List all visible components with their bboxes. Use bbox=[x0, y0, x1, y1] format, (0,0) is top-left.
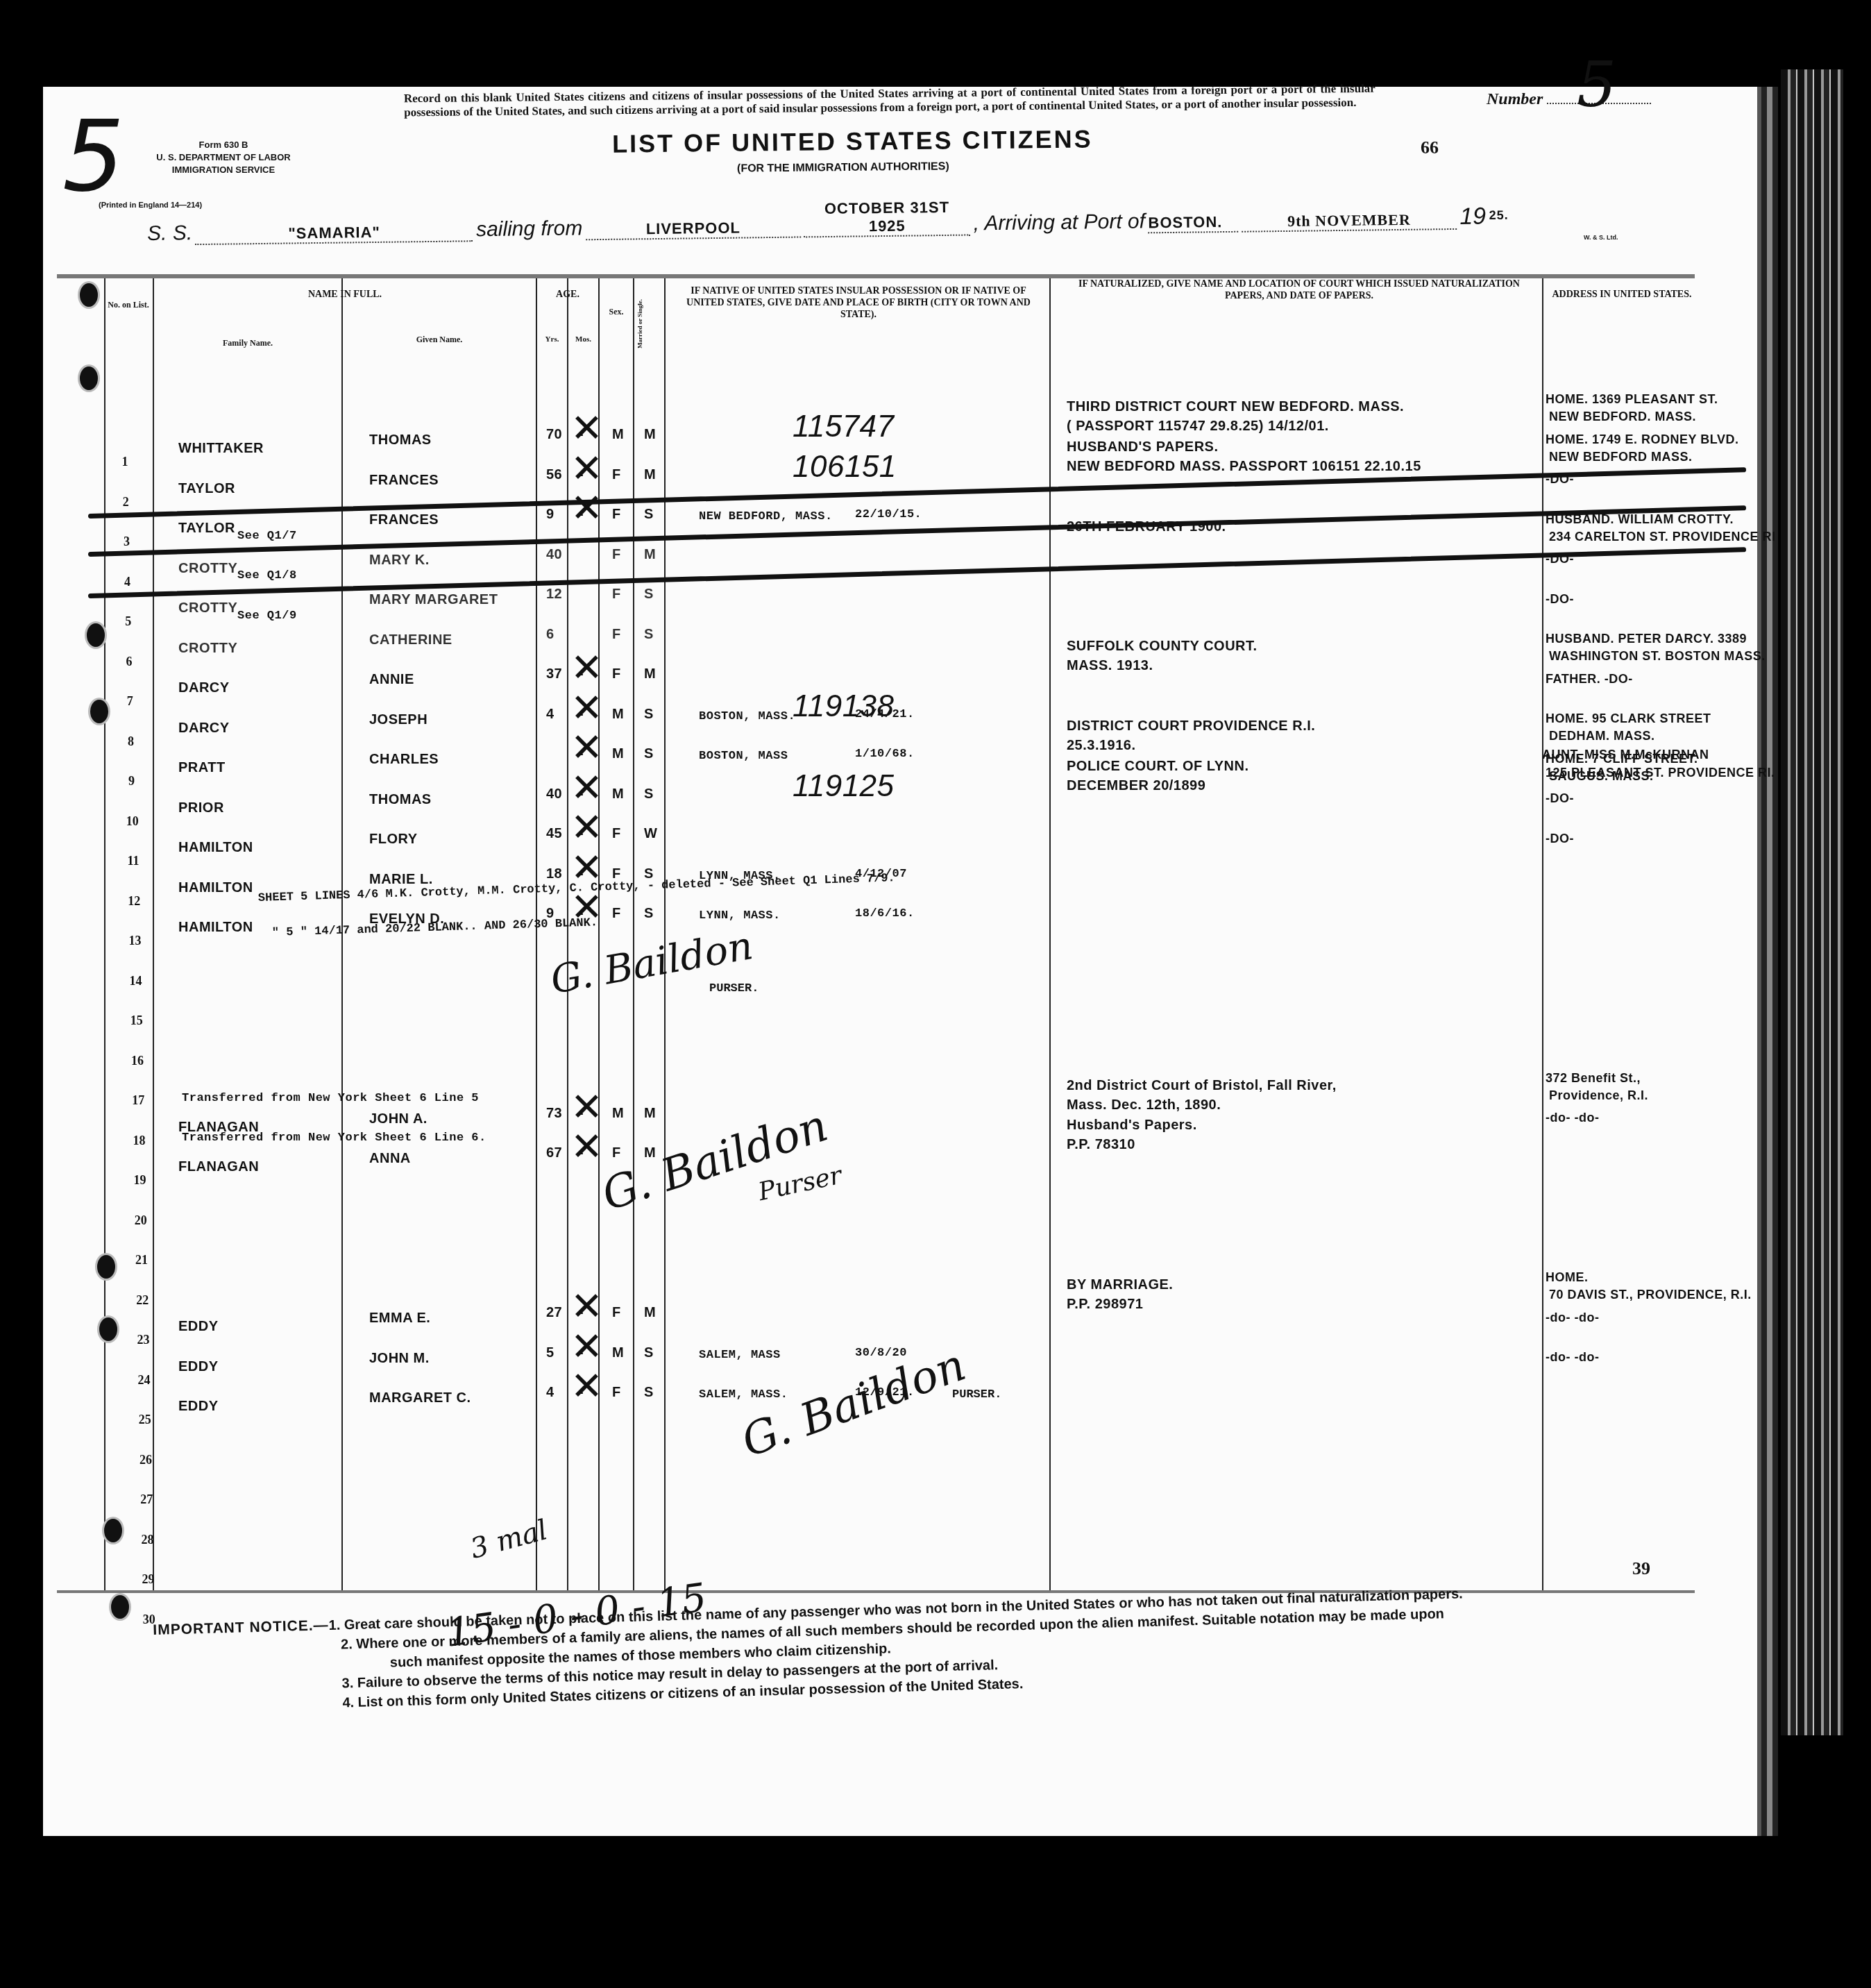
col-mos: Mos. bbox=[568, 334, 598, 346]
see-reference: See Q1/9 bbox=[237, 609, 297, 623]
age-years: 5 bbox=[546, 1345, 554, 1361]
family-name: EDDY bbox=[178, 1359, 219, 1375]
line-number: 7 bbox=[116, 694, 144, 709]
birth-date: 22/10/15. bbox=[855, 508, 922, 521]
age-years: 27 bbox=[546, 1305, 562, 1321]
sex: F bbox=[612, 467, 621, 483]
notice-label: IMPORTANT NOTICE.— bbox=[153, 1617, 329, 1638]
given-name: THOMAS bbox=[369, 792, 432, 808]
age-years: 67 bbox=[546, 1145, 562, 1161]
address-line-1: -DO- bbox=[1546, 791, 1574, 806]
sex: F bbox=[612, 1145, 621, 1161]
family-name: WHITTAKER bbox=[178, 441, 264, 457]
line-number: 16 bbox=[124, 1054, 151, 1068]
address-line-1: -DO- bbox=[1546, 832, 1574, 846]
marital-status: S bbox=[644, 786, 654, 802]
binding-hole bbox=[78, 364, 100, 392]
naturalization-details: Mass. Dec. 12th, 1890. bbox=[1067, 1097, 1221, 1113]
birth-place: SALEM, MASS. bbox=[699, 1388, 788, 1401]
address-line-2: Providence, R.I. bbox=[1549, 1088, 1648, 1103]
department: U. S. DEPARTMENT OF LABOR bbox=[119, 151, 328, 164]
family-name: TAYLOR bbox=[178, 481, 235, 497]
passport-handwritten: 115747 bbox=[793, 410, 895, 444]
binding-hole bbox=[95, 1253, 117, 1281]
sex: M bbox=[612, 786, 624, 802]
age-years: 73 bbox=[546, 1106, 562, 1122]
marital-status: S bbox=[644, 587, 654, 603]
sex: M bbox=[612, 1106, 624, 1122]
address-line-1: HUSBAND. PETER DARCY. 3389 bbox=[1546, 632, 1747, 646]
line-number: 26 bbox=[132, 1453, 160, 1467]
naturalization-details: P.P. 78310 bbox=[1067, 1137, 1135, 1153]
birth-place: NEW BEDFORD, MASS. bbox=[699, 510, 833, 523]
line-number: 6 bbox=[115, 655, 143, 669]
given-name: CATHERINE bbox=[369, 632, 452, 648]
stamp-number: 66 bbox=[1421, 137, 1439, 158]
line-number: 10 bbox=[119, 814, 146, 829]
binding-hole bbox=[109, 1593, 131, 1621]
sex: F bbox=[612, 1385, 621, 1401]
line-number: 19 bbox=[126, 1173, 154, 1188]
marital-status: M bbox=[644, 467, 656, 483]
age-years: 40 bbox=[546, 786, 562, 802]
address-line-1: 372 Benefit St., bbox=[1546, 1071, 1641, 1086]
naturalization-court: DISTRICT COURT PROVIDENCE R.I. bbox=[1067, 718, 1315, 734]
binding-hole bbox=[88, 698, 110, 725]
passport-handwritten: 119138 bbox=[793, 689, 895, 724]
printer-mark: W. & S. Ltd. bbox=[1584, 234, 1618, 241]
sex: F bbox=[612, 826, 621, 842]
col-naturalized: IF NATURALIZED, GIVE NAME AND LOCATION O… bbox=[1063, 278, 1535, 302]
col-age: AGE. bbox=[537, 289, 598, 301]
family-name: PRIOR bbox=[178, 800, 224, 816]
binding-hole bbox=[97, 1315, 119, 1343]
family-name: HAMILTON bbox=[178, 920, 253, 936]
line-number: 1 bbox=[111, 455, 139, 469]
naturalization-court: SUFFOLK COUNTY COURT. bbox=[1067, 639, 1258, 655]
line-number: 24 bbox=[130, 1373, 158, 1388]
naturalization-details: ( PASSPORT 115747 29.8.25) 14/12/01. bbox=[1067, 419, 1329, 435]
family-name: CROTTY bbox=[178, 561, 237, 577]
birth-place: BOSTON, MASS bbox=[699, 750, 788, 763]
sex: F bbox=[612, 587, 621, 603]
check-x-mark: ✕ bbox=[570, 729, 603, 768]
birth-date: 18/6/16. bbox=[855, 907, 915, 920]
family-name: CROTTY bbox=[178, 641, 237, 657]
year-prefix: 19 bbox=[1459, 203, 1486, 229]
address-line-2: SAUGUS. MASS. bbox=[1549, 769, 1654, 784]
birth-place: SALEM, MASS bbox=[699, 1349, 781, 1362]
record-instruction: Record on this blank United States citiz… bbox=[404, 82, 1375, 120]
family-name: FLANAGAN bbox=[178, 1159, 259, 1175]
address-line-2: DEDHAM. MASS. bbox=[1549, 729, 1655, 743]
naturalization-court: BY MARRIAGE. bbox=[1067, 1277, 1173, 1293]
check-x-mark: ✕ bbox=[570, 410, 603, 448]
age-years: 37 bbox=[546, 666, 562, 682]
birth-place: BOSTON, MASS. bbox=[699, 710, 795, 723]
sex: F bbox=[612, 547, 621, 563]
address-line-2: NEW BEDFORD. MASS. bbox=[1549, 410, 1696, 424]
address-line-1: HOME. 7 CLIFF STREET. bbox=[1546, 752, 1698, 766]
sex: F bbox=[612, 1305, 621, 1321]
given-name: MARY MARGARET bbox=[369, 592, 498, 608]
manifest-page: 5 Form 630 B U. S. DEPARTMENT OF LABOR I… bbox=[43, 87, 1761, 1836]
sex: F bbox=[612, 507, 621, 523]
col-address: ADDRESS IN UNITED STATES. bbox=[1549, 289, 1695, 301]
age-years: 4 bbox=[546, 1385, 554, 1401]
handwritten-sheet-number: 5 bbox=[62, 101, 124, 214]
family-name: EDDY bbox=[178, 1319, 219, 1335]
family-name: DARCY bbox=[178, 680, 230, 696]
port-arrival: BOSTON. bbox=[1148, 213, 1238, 234]
given-name: ANNA bbox=[369, 1151, 411, 1167]
check-x-mark: ✕ bbox=[570, 1088, 603, 1127]
transfer-note: Transferred from New York Sheet 6 Line 5 bbox=[182, 1092, 479, 1105]
port-from: LIVERPOOL bbox=[586, 218, 801, 240]
marital-status: M bbox=[644, 666, 656, 682]
address-line-2: 234 CARELTON ST. PROVIDENCE RI bbox=[1549, 530, 1775, 544]
birth-date: 1/10/68. bbox=[855, 748, 915, 761]
marital-status: S bbox=[644, 507, 654, 523]
naturalization-court: Husband's Papers. bbox=[1067, 1118, 1197, 1134]
col-name-in-full: NAME IN FULL. bbox=[154, 289, 536, 301]
page-number: 39 bbox=[1632, 1558, 1650, 1579]
address-line-1: -do- -do- bbox=[1546, 1350, 1599, 1365]
line-number: 2 bbox=[112, 495, 139, 509]
marital-status: M bbox=[644, 1106, 656, 1122]
address-line-1: HOME. 1749 E. RODNEY BLVD. bbox=[1546, 432, 1738, 447]
address-line-1: HOME. 95 CLARK STREET bbox=[1546, 711, 1711, 726]
age-years: 12 bbox=[546, 587, 562, 603]
age-years: 45 bbox=[546, 826, 562, 842]
binding-hole bbox=[85, 621, 107, 649]
family-name: PRATT bbox=[178, 760, 226, 776]
line-number: 12 bbox=[120, 894, 148, 909]
ship-name: "SAMARIA" bbox=[195, 222, 473, 245]
line-number: 18 bbox=[125, 1134, 153, 1148]
marital-status: M bbox=[644, 1305, 656, 1321]
binding-hole bbox=[78, 281, 100, 309]
given-name: FRANCES bbox=[369, 512, 439, 528]
given-name: JOSEPH bbox=[369, 712, 427, 728]
address-line-1: FATHER. -DO- bbox=[1546, 672, 1633, 686]
sex: F bbox=[612, 906, 621, 922]
address-line-1: HOME. 1369 PLEASANT ST. bbox=[1546, 392, 1718, 407]
family-name: CROTTY bbox=[178, 600, 237, 616]
line-number: 29 bbox=[135, 1572, 162, 1587]
check-x-mark: ✕ bbox=[570, 769, 603, 808]
birth-place: LYNN, MASS. bbox=[699, 909, 781, 923]
line-number: 15 bbox=[123, 1013, 151, 1028]
given-name: ANNIE bbox=[369, 672, 414, 688]
marital-status: S bbox=[644, 1385, 654, 1401]
line-number: 28 bbox=[133, 1533, 161, 1547]
address-line-1: HOME. bbox=[1546, 1270, 1589, 1285]
age-years: 9 bbox=[546, 507, 554, 523]
passport-handwritten: 106151 bbox=[793, 450, 897, 485]
line-number: 25 bbox=[131, 1413, 159, 1427]
naturalization-details: 25.3.1916. bbox=[1067, 738, 1136, 754]
number-label: Number bbox=[1487, 90, 1543, 108]
address-line-2: 70 DAVIS ST., PROVIDENCE, R.I. bbox=[1549, 1288, 1752, 1302]
family-name: HAMILTON bbox=[178, 880, 253, 896]
col-given-name: Given Name. bbox=[343, 334, 536, 346]
arriving-label: , Arriving at Port of bbox=[974, 210, 1146, 235]
family-name: TAYLOR bbox=[178, 521, 235, 537]
naturalization-details: DECEMBER 20/1899 bbox=[1067, 778, 1205, 794]
family-name: DARCY bbox=[178, 721, 230, 736]
arrival-day-month: 9th NOVEMBER bbox=[1242, 210, 1457, 233]
form-identifier: Form 630 B U. S. DEPARTMENT OF LABOR IMM… bbox=[119, 139, 328, 176]
departure-date: OCTOBER 31ST 1925 bbox=[804, 199, 971, 238]
sex: M bbox=[612, 746, 624, 762]
marital-status: S bbox=[644, 1345, 654, 1361]
given-name: JOHN A. bbox=[369, 1111, 427, 1127]
ss-label: S. S. bbox=[147, 221, 192, 245]
check-x-mark: ✕ bbox=[570, 649, 603, 688]
naturalization-court: HUSBAND'S PAPERS. bbox=[1067, 439, 1218, 455]
col-family-name: Family Name. bbox=[154, 337, 341, 349]
col-yrs: Yrs. bbox=[537, 334, 567, 346]
line-number: 11 bbox=[119, 854, 147, 868]
line-number: 9 bbox=[118, 774, 146, 789]
sex: M bbox=[612, 707, 624, 723]
naturalization-details: MASS. 1913. bbox=[1067, 658, 1153, 674]
check-x-mark: ✕ bbox=[570, 1288, 603, 1326]
page-subtitle: (FOR THE IMMIGRATION AUTHORITIES) bbox=[737, 160, 949, 175]
address-line-1: -do- -do- bbox=[1546, 1311, 1599, 1325]
naturalization-details: P.P. 298971 bbox=[1067, 1297, 1143, 1313]
address-line-2: NEW BEDFORD MASS. bbox=[1549, 450, 1693, 464]
line-number: 22 bbox=[128, 1293, 156, 1308]
see-reference: See Q1/8 bbox=[237, 569, 297, 582]
naturalization-court: 2nd District Court of Bristol, Fall Rive… bbox=[1067, 1078, 1337, 1094]
check-x-mark: ✕ bbox=[570, 1128, 603, 1167]
family-name: EDDY bbox=[178, 1399, 219, 1415]
age-years: 4 bbox=[546, 707, 554, 723]
line-number: 3 bbox=[112, 534, 140, 549]
given-name: FRANCES bbox=[369, 473, 439, 489]
given-name: MARY K. bbox=[369, 553, 430, 568]
year-suffix: 25. bbox=[1489, 208, 1508, 222]
col-sex: Sex. bbox=[600, 306, 633, 318]
sex: F bbox=[612, 666, 621, 682]
line-number: 23 bbox=[129, 1333, 157, 1347]
family-name: HAMILTON bbox=[178, 840, 253, 856]
see-reference: See Q1/7 bbox=[237, 530, 297, 543]
check-x-mark: ✕ bbox=[570, 809, 603, 848]
line-number: 14 bbox=[122, 974, 150, 988]
line-number: 27 bbox=[133, 1492, 160, 1507]
col-birth: IF NATIVE OF UNITED STATES INSULAR POSSE… bbox=[678, 285, 1039, 321]
sex: F bbox=[612, 866, 621, 882]
check-x-mark: ✕ bbox=[570, 1367, 603, 1406]
given-name: THOMAS bbox=[369, 432, 432, 448]
purser-label-3: PURSER. bbox=[952, 1388, 1001, 1401]
age-years: 56 bbox=[546, 467, 562, 483]
marital-status: S bbox=[644, 707, 654, 723]
given-name: JOHN M. bbox=[369, 1351, 430, 1367]
address-line-2: WASHINGTON ST. BOSTON MASS. bbox=[1549, 649, 1766, 664]
marital-status: M bbox=[644, 427, 656, 443]
marital-status: W bbox=[644, 826, 657, 842]
page-stack-edge bbox=[1781, 69, 1843, 1735]
sailing-from-label: sailing from bbox=[476, 217, 583, 241]
naturalization-court: THIRD DISTRICT COURT NEW BEDFORD. MASS. bbox=[1067, 399, 1404, 415]
address-line-1: -do- -do- bbox=[1546, 1111, 1599, 1125]
age-years: 70 bbox=[546, 427, 562, 443]
line-number: 4 bbox=[114, 575, 142, 589]
address-line-1: -DO- bbox=[1546, 592, 1574, 607]
line-number: 17 bbox=[124, 1093, 152, 1108]
birth-date: 30/8/20 bbox=[855, 1347, 907, 1360]
given-name: EMMA E. bbox=[369, 1311, 430, 1326]
age-years: 40 bbox=[546, 547, 562, 563]
check-x-mark: ✕ bbox=[570, 689, 603, 728]
given-name: MARGARET C. bbox=[369, 1390, 471, 1406]
check-x-mark: ✕ bbox=[570, 1328, 603, 1367]
sex: F bbox=[612, 627, 621, 643]
naturalization-court: POLICE COURT. OF LYNN. bbox=[1067, 759, 1249, 775]
check-x-mark: ✕ bbox=[570, 489, 603, 528]
line-number: 5 bbox=[115, 614, 142, 629]
naturalization-details: NEW BEDFORD MASS. PASSPORT 106151 22.10.… bbox=[1067, 459, 1421, 475]
age-years: 6 bbox=[546, 627, 554, 643]
purser-label: PURSER. bbox=[709, 982, 759, 995]
col-married-single: Married or Single. bbox=[634, 292, 664, 355]
given-name: MARIE L. bbox=[369, 872, 433, 888]
transfer-note: Transferred from New York Sheet 6 Line 6… bbox=[182, 1131, 486, 1145]
passport-handwritten: 119125 bbox=[793, 769, 895, 804]
marital-status: M bbox=[644, 547, 656, 563]
service: IMMIGRATION SERVICE bbox=[119, 164, 328, 176]
sex: M bbox=[612, 1345, 624, 1361]
col-no-on-list: No. on List. bbox=[105, 299, 151, 311]
number-value: 5 bbox=[1577, 49, 1616, 121]
page-title: LIST OF UNITED STATES CITIZENS bbox=[612, 124, 1093, 158]
check-x-mark: ✕ bbox=[570, 450, 603, 489]
form-number: Form 630 B bbox=[119, 139, 328, 151]
line-number: 8 bbox=[117, 734, 144, 749]
important-notice: IMPORTANT NOTICE.—1. Great care should b… bbox=[153, 1576, 1751, 1718]
voyage-line: S. S. "SAMARIA" sailing from LIVERPOOL O… bbox=[147, 189, 1744, 246]
sex: M bbox=[612, 427, 624, 443]
given-name: CHARLES bbox=[369, 752, 439, 768]
line-number: 13 bbox=[121, 934, 149, 948]
given-name: FLORY bbox=[369, 832, 418, 848]
binding-hole bbox=[102, 1517, 124, 1544]
marital-status: S bbox=[644, 906, 654, 922]
marital-status: S bbox=[644, 746, 654, 762]
marital-status: S bbox=[644, 627, 654, 643]
line-number: 20 bbox=[127, 1213, 155, 1228]
line-number: 21 bbox=[128, 1253, 155, 1267]
number-field: Number bbox=[1487, 90, 1651, 109]
age-years: 18 bbox=[546, 866, 562, 882]
